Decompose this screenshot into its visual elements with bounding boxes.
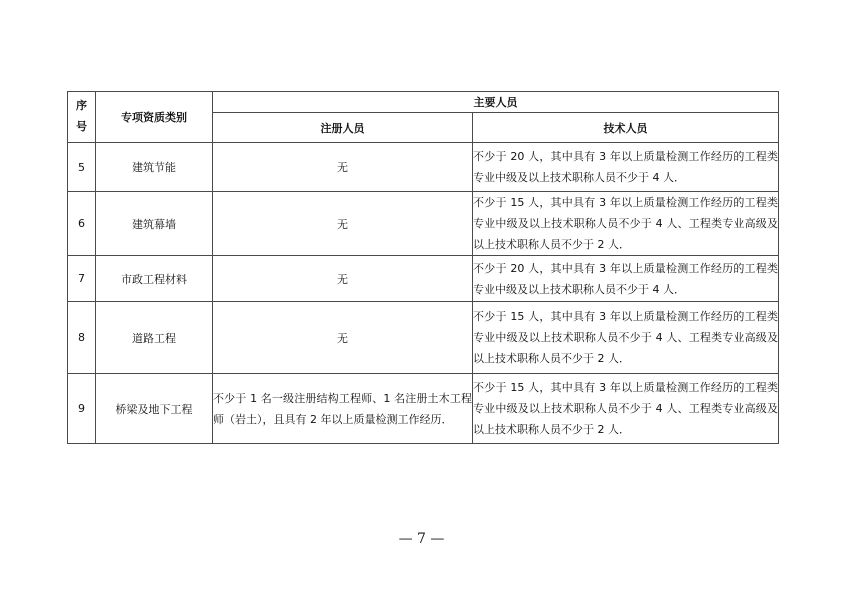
page-number: — 7 —	[0, 531, 843, 547]
cell-registered: 不少于 1 名一级注册结构工程师、1 名注册土木工程师（岩土），且具有 2 年以…	[213, 374, 473, 444]
cell-registered: 无	[213, 256, 473, 302]
header-main-personnel: 主要人员	[213, 92, 779, 113]
header-category: 专项资质类别	[96, 92, 213, 143]
cell-category: 市政工程材料	[96, 256, 213, 302]
header-registered: 注册人员	[213, 113, 473, 143]
table-row: 8 道路工程 无 不少于 15 人，其中具有 3 年以上质量检测工作经历的工程类…	[68, 302, 779, 374]
table-row: 7 市政工程材料 无 不少于 20 人，其中具有 3 年以上质量检测工作经历的工…	[68, 256, 779, 302]
cell-category: 建筑节能	[96, 143, 213, 192]
cell-technical: 不少于 15 人，其中具有 3 年以上质量检测工作经历的工程类专业中级及以上技术…	[473, 302, 779, 374]
cell-registered: 无	[213, 192, 473, 256]
cell-row-no: 8	[68, 302, 96, 374]
cell-row-no: 6	[68, 192, 96, 256]
table-row: 9 桥梁及地下工程 不少于 1 名一级注册结构工程师、1 名注册土木工程师（岩土…	[68, 374, 779, 444]
cell-technical: 不少于 15 人，其中具有 3 年以上质量检测工作经历的工程类专业中级及以上技术…	[473, 192, 779, 256]
header-index-label: 序号	[75, 96, 88, 138]
table-row: 5 建筑节能 无 不少于 20 人，其中具有 3 年以上质量检测工作经历的工程类…	[68, 143, 779, 192]
header-row-top: 序号 专项资质类别 主要人员	[68, 92, 779, 113]
cell-row-no: 9	[68, 374, 96, 444]
cell-registered: 无	[213, 302, 473, 374]
header-technical: 技术人员	[473, 113, 779, 143]
table-row: 6 建筑幕墙 无 不少于 15 人，其中具有 3 年以上质量检测工作经历的工程类…	[68, 192, 779, 256]
document-page: 序号 专项资质类别 主要人员 注册人员 技术人员 5 建筑节能 无 不少于 20…	[0, 0, 843, 596]
cell-category: 桥梁及地下工程	[96, 374, 213, 444]
cell-technical: 不少于 15 人，其中具有 3 年以上质量检测工作经历的工程类专业中级及以上技术…	[473, 374, 779, 444]
cell-technical: 不少于 20 人，其中具有 3 年以上质量检测工作经历的工程类专业中级及以上技术…	[473, 143, 779, 192]
qualification-requirements-table: 序号 专项资质类别 主要人员 注册人员 技术人员 5 建筑节能 无 不少于 20…	[67, 91, 779, 444]
cell-row-no: 5	[68, 143, 96, 192]
cell-registered: 无	[213, 143, 473, 192]
cell-category: 建筑幕墙	[96, 192, 213, 256]
cell-row-no: 7	[68, 256, 96, 302]
header-index: 序号	[68, 92, 96, 143]
cell-technical: 不少于 20 人，其中具有 3 年以上质量检测工作经历的工程类专业中级及以上技术…	[473, 256, 779, 302]
cell-category: 道路工程	[96, 302, 213, 374]
